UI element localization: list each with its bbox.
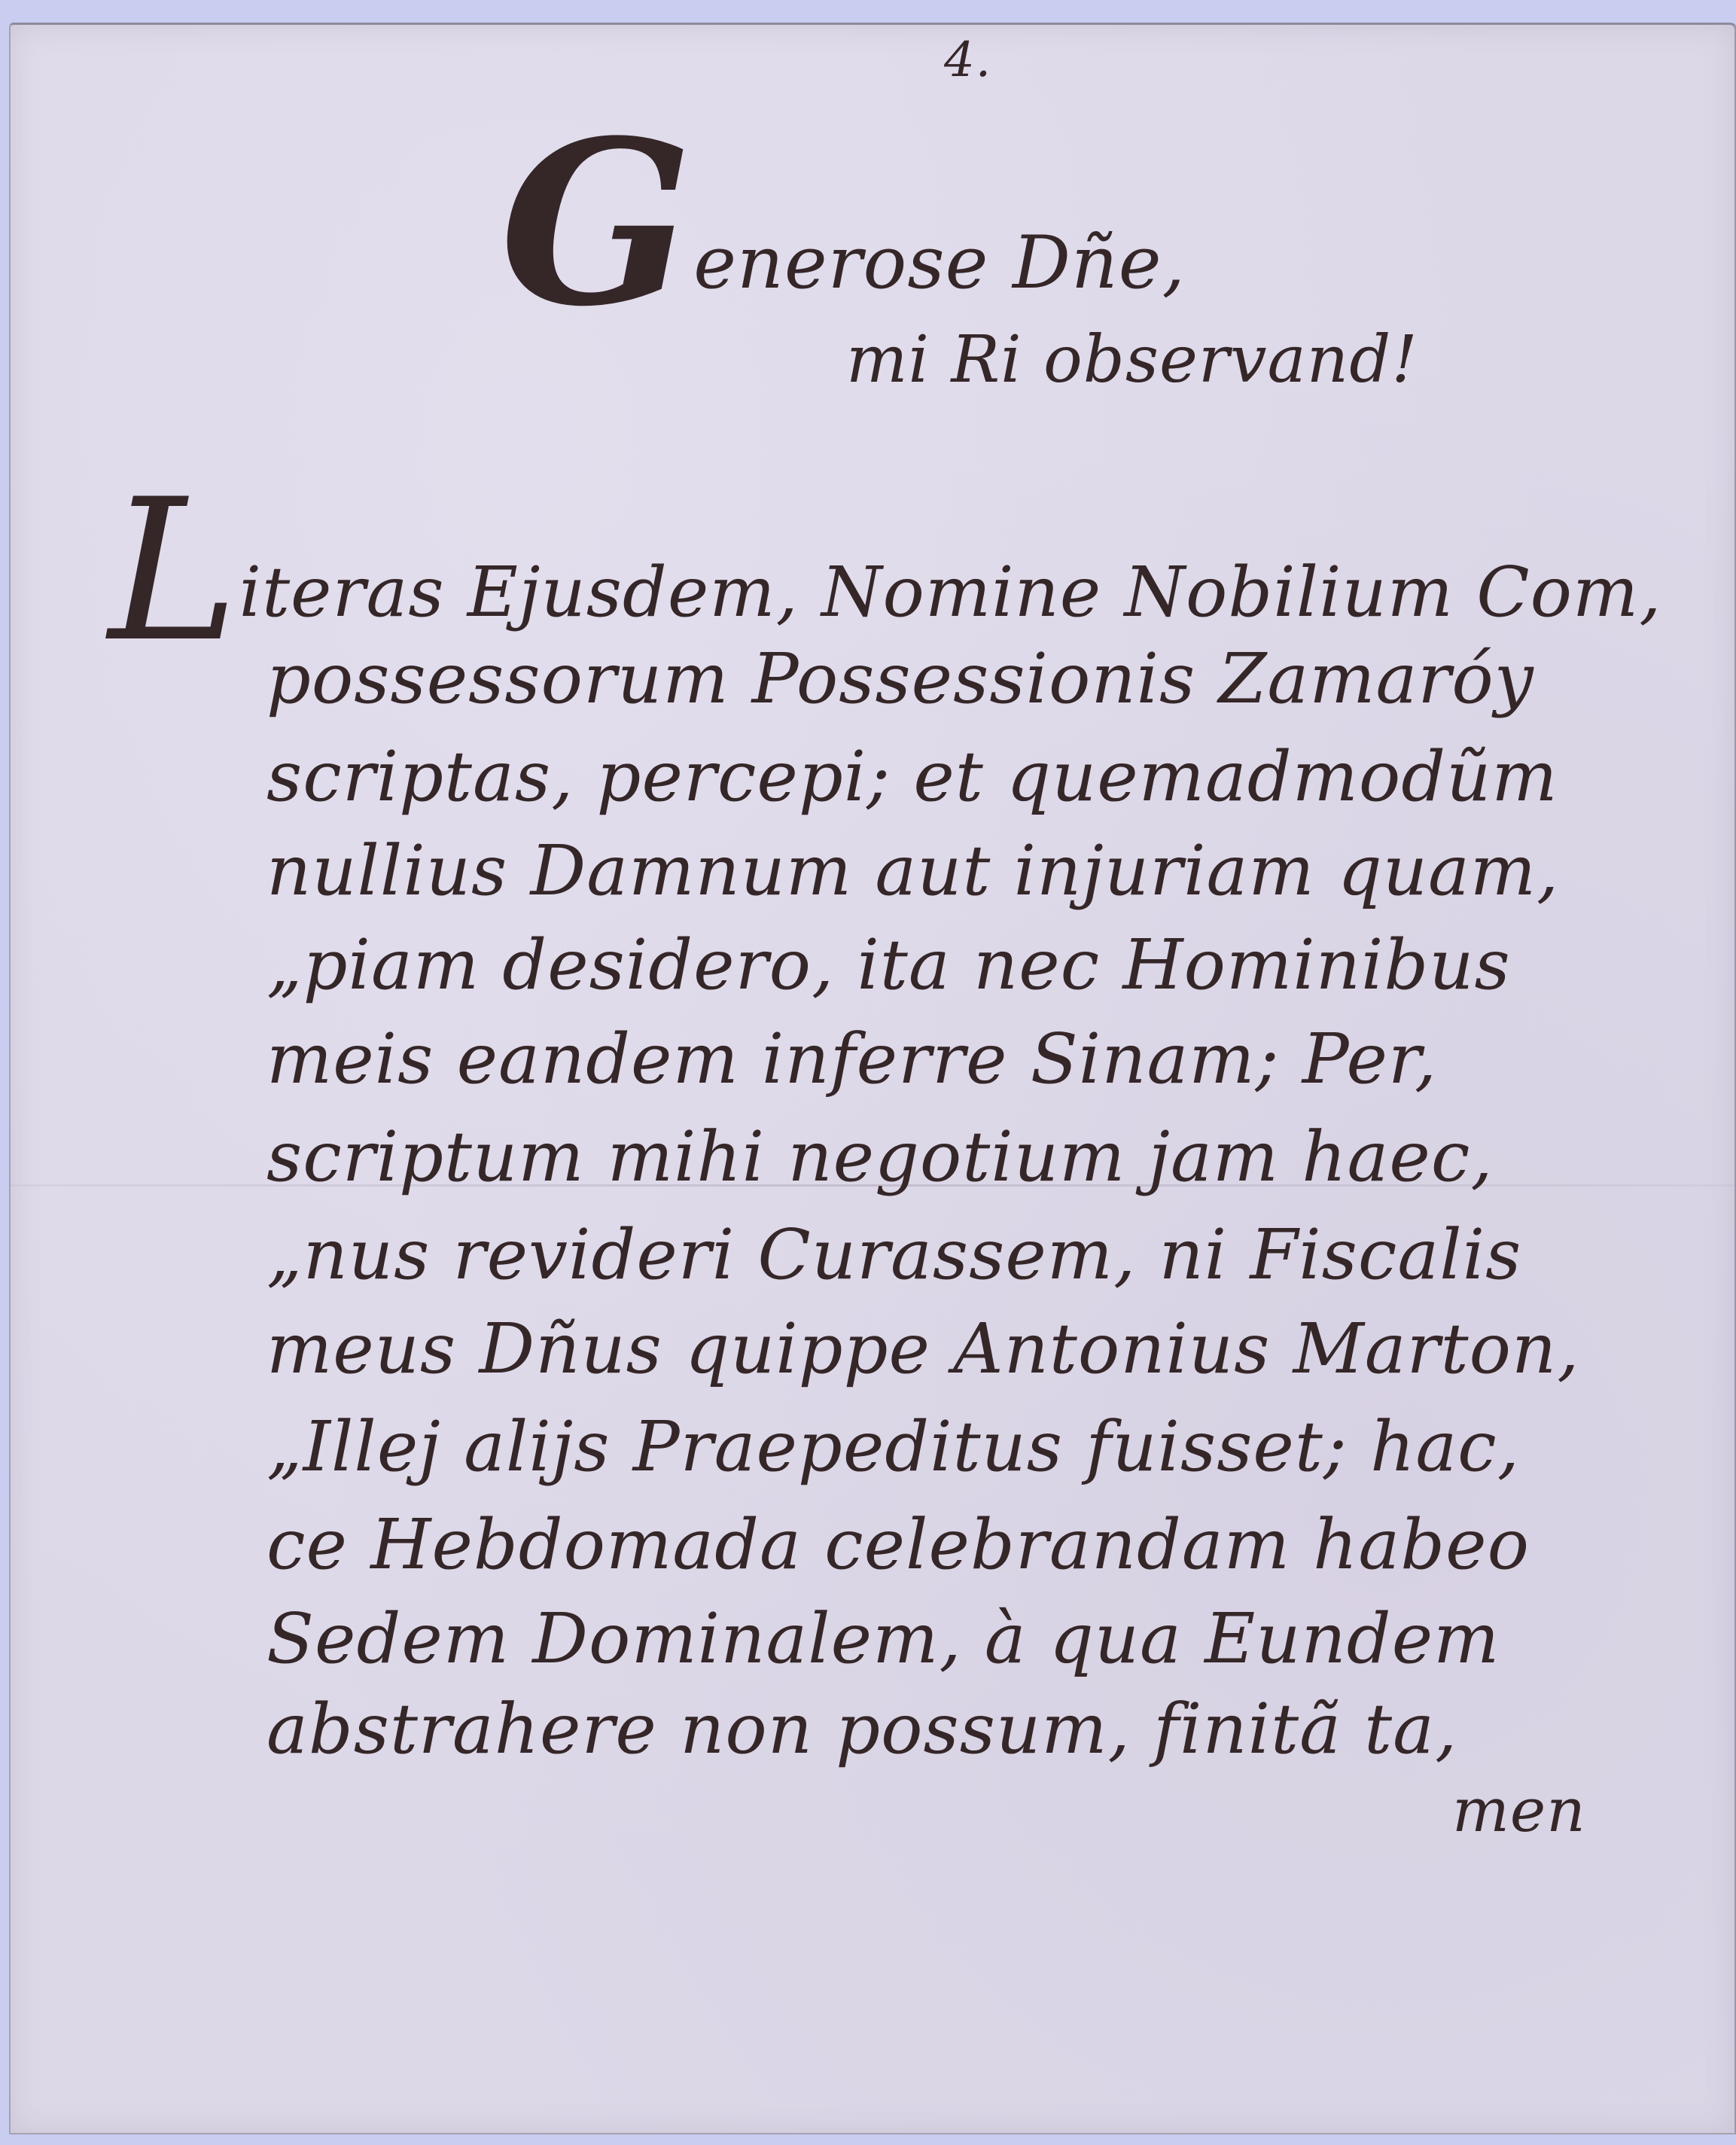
body-line-5: „piam desidero, ita nec Hominibus <box>266 925 1511 1005</box>
body-line-12: Sedem Dominalem, à qua Eundem <box>266 1598 1500 1679</box>
body-line-1-text: iteras Ejusdem, Nomine Nobilium Com, <box>239 552 1662 632</box>
body-line-11: ce Hebdomada celebrandam habeo <box>266 1504 1530 1585</box>
body-line-1: Literas Ejusdem, Nomine Nobilium Com, <box>108 552 1662 632</box>
salutation-line-1-text: enerose Dñe, <box>693 221 1186 305</box>
body-line-9: meus Dñus quippe Antonius Marton, <box>266 1309 1579 1389</box>
body-line-3: scriptas, percepi; et quemadmodũm <box>266 736 1558 817</box>
body-line-2: possessorum Possessionis Zamaróy <box>266 638 1534 719</box>
body-line-6: meis eandem inferre Sinam; Per, <box>266 1019 1437 1099</box>
body-line-7: scriptum mihi negotium jam haec, <box>266 1117 1494 1197</box>
salutation-line-2: mi Ri observand! <box>846 322 1418 398</box>
decorative-initial-l: L <box>108 458 239 685</box>
folio-number: 4. <box>944 32 991 88</box>
body-line-13: abstrahere non possum, finitã ta, <box>266 1689 1457 1769</box>
salutation-line-1: Generose Dñe, <box>500 221 1186 305</box>
body-line-4: nullius Damnum aut injuriam quam, <box>266 830 1559 911</box>
body-line-10: „Illej alijs Praepeditus fuisset; hac, <box>266 1406 1520 1487</box>
manuscript-page: 4. Generose Dñe, mi Ri observand! Litera… <box>9 23 1736 2134</box>
catchword: men <box>1452 1775 1586 1845</box>
body-line-8: „nus revideri Curassem, ni Fiscalis <box>266 1214 1521 1295</box>
decorative-initial-g: G <box>500 90 693 356</box>
